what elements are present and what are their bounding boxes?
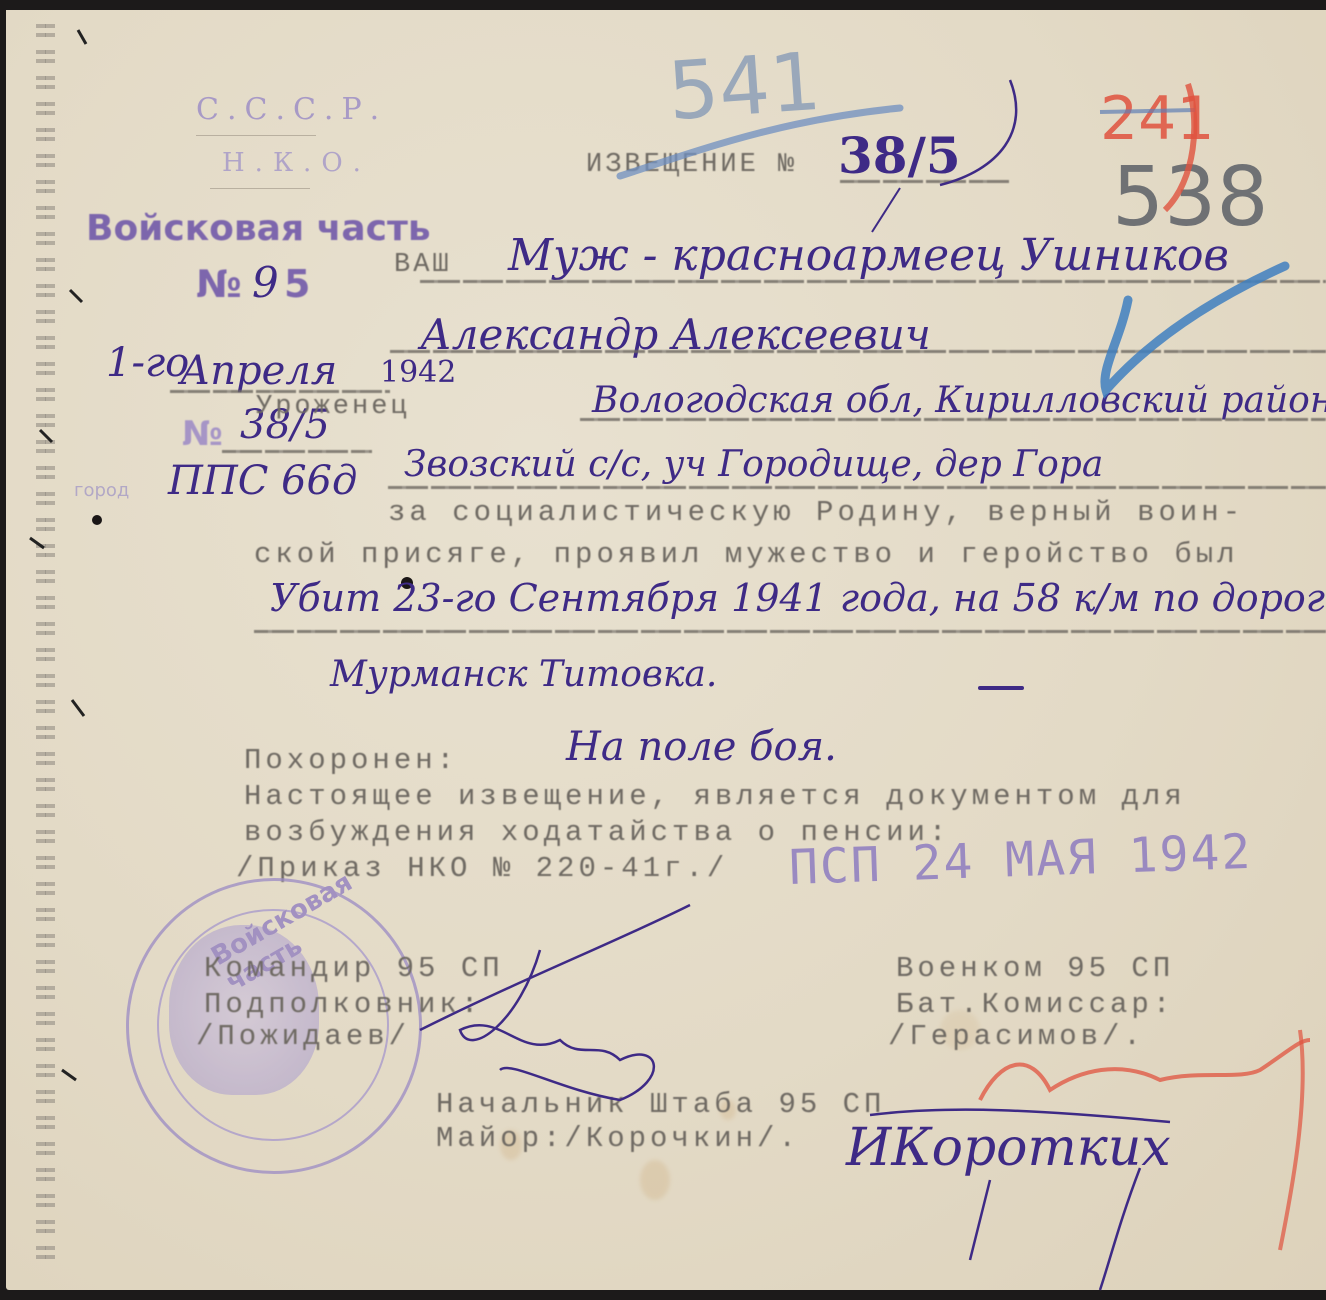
document-title: ИЗВЕЩЕНИЕ № xyxy=(586,150,797,180)
dash-mark xyxy=(978,686,1024,690)
death-line2: Мурманск Титовка. xyxy=(330,654,717,695)
birthplace-line2: Звозский с/с, уч Городище, дер Гора xyxy=(404,444,1103,485)
issue-year: 1942 xyxy=(380,355,456,390)
red-pencil-number: 241 xyxy=(1100,84,1215,154)
field-underline xyxy=(840,180,1010,183)
field-underline xyxy=(254,630,1326,633)
issue-number-prefix: № xyxy=(182,414,223,454)
oath-line2: ской присяге, проявил мужество и геройст… xyxy=(254,538,1239,571)
divider xyxy=(210,188,310,189)
birthplace-line1: Вологодская обл, Кирилловский район, xyxy=(592,380,1326,421)
stamp-unit-number-prefix: № xyxy=(196,262,242,306)
document-number: 38/5 xyxy=(838,126,961,185)
chief-of-staff-signature: ИКоротких xyxy=(846,1118,1171,1178)
perforation-edge xyxy=(45,24,55,1264)
native-label: Уроженец xyxy=(256,392,410,422)
issue-date-month: Апреля xyxy=(180,348,337,394)
stamp-ministry: Н.К.О. xyxy=(222,148,371,178)
field-underline xyxy=(580,418,1326,421)
stamp-country: С.С.С.Р. xyxy=(196,92,387,127)
paper-stain xyxy=(640,1160,670,1200)
commander-title: Командир 95 СП xyxy=(204,952,504,985)
commander-name: /Пожидаев/ xyxy=(196,1020,410,1053)
your-label: ВАШ xyxy=(394,250,452,280)
city-label: город xyxy=(74,480,129,501)
commissar-title: Военком 95 СП xyxy=(896,952,1174,985)
chief-of-staff-rank-name: Майор:/Корочкин/. xyxy=(436,1122,800,1155)
field-underline xyxy=(390,350,1326,353)
punch-hole xyxy=(92,515,102,525)
commissar-rank: Бат.Комиссар: xyxy=(896,988,1174,1021)
field-underline xyxy=(388,486,1326,489)
postal-code: ППС 66д xyxy=(168,458,357,504)
chief-of-staff-title: Начальник Штаба 95 СП xyxy=(436,1088,885,1121)
oath-line1: за социалистическую Родину, верный воин- xyxy=(388,496,1244,529)
commander-rank: Подполковник: xyxy=(204,988,482,1021)
legal-line1: Настоящее извещение, является документом… xyxy=(244,780,1186,813)
buried-value: На поле боя. xyxy=(566,724,837,770)
field-underline xyxy=(222,450,372,453)
legal-line3: /Приказ НКО № 220-41г./ xyxy=(236,852,728,885)
blue-pencil-number: 541 xyxy=(665,35,824,138)
issue-date-day: 1-го xyxy=(106,340,189,386)
stamp-unit-label: Войсковая часть xyxy=(86,208,431,249)
divider xyxy=(196,135,316,136)
death-line1: Убит 23-го Сентября 1941 года, на 58 к/м… xyxy=(270,576,1326,620)
commissar-name: /Герасимов/. xyxy=(888,1020,1145,1053)
field-underline xyxy=(420,280,1326,283)
buried-label: Похоронен: xyxy=(244,744,458,777)
stamp-unit-digit: 5 xyxy=(284,262,310,306)
gray-pencil-number: 538 xyxy=(1112,150,1269,245)
handwritten-unit-digit: 9 xyxy=(252,258,279,307)
